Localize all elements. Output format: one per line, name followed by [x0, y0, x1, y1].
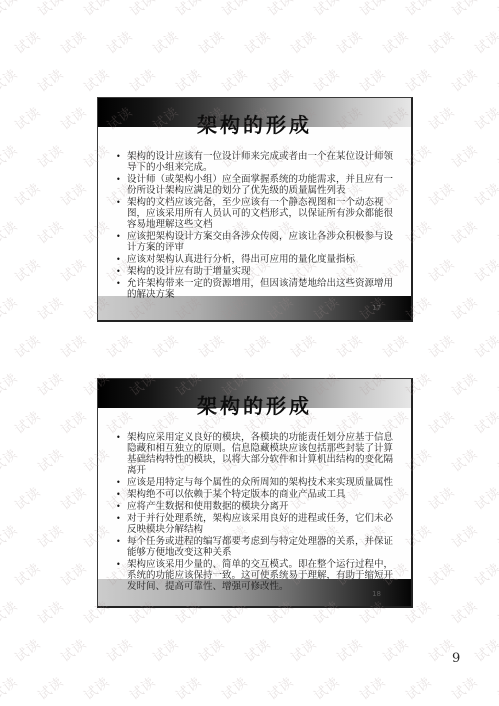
bullet-text: 架构的文档应该完备，至少应该有一个静态视图和一个动态视图，应该采用所有人员认可的…: [127, 197, 399, 230]
slide-title: 架构的形成: [98, 109, 411, 138]
watermark-text: 试读: [447, 671, 481, 703]
watermark-text: 试读: [447, 595, 481, 627]
watermark-text: 试读: [470, 177, 499, 209]
watermark-text: 试读: [263, 0, 297, 20]
bullet-marker-icon: •: [116, 559, 127, 570]
watermark-text: 试读: [332, 25, 366, 57]
watermark-text: 试读: [240, 25, 274, 57]
bullet-item: •架构的设计应该有一位设计师来完成或者由一个在某位设计师领导下的小组来完成。: [116, 151, 399, 173]
watermark-text: 试读: [79, 0, 113, 20]
watermark-text: 试读: [56, 253, 90, 285]
watermark-text: 试读: [102, 25, 136, 57]
watermark-text: 试读: [125, 0, 159, 20]
watermark-text: 试读: [102, 633, 136, 665]
watermark-text: 试读: [332, 633, 366, 665]
bullet-item: •架构的文档应该完备，至少应该有一个静态视图和一个动态视图，应该采用所有人员认可…: [116, 197, 399, 230]
bullet-text: 架构的设计应该有一位设计师来完成或者由一个在某位设计师领导下的小组来完成。: [127, 151, 399, 173]
watermark-text: 试读: [125, 671, 159, 703]
bullet-marker-icon: •: [116, 254, 127, 265]
watermark-text: 试读: [401, 63, 435, 95]
watermark-text: 试读: [493, 671, 499, 703]
watermark-text: 试读: [194, 25, 228, 57]
watermark-text: 试读: [263, 63, 297, 95]
watermark-text: 试读: [493, 291, 499, 323]
watermark-text: 试读: [240, 329, 274, 361]
bullet-text: 应将产生数据和使用数据的模块分离开: [127, 501, 399, 512]
watermark-text: 试读: [56, 481, 90, 513]
watermark-text: 试读: [447, 215, 481, 247]
watermark-text: 试读: [171, 63, 205, 95]
bullet-marker-icon: •: [116, 231, 127, 242]
bullet-text: 应该对架构认真进行分析，得出可应用的量化度量指标: [127, 254, 399, 265]
bullet-marker-icon: •: [116, 501, 127, 512]
bullet-marker-icon: •: [116, 266, 127, 277]
watermark-text: 试读: [447, 139, 481, 171]
watermark-text: 试读: [355, 671, 389, 703]
bullet-marker-icon: •: [116, 513, 127, 524]
watermark-text: 试读: [79, 63, 113, 95]
watermark-text: 试读: [0, 443, 21, 475]
watermark-text: 试读: [378, 25, 412, 57]
bullet-item: •应该把架构设计方案交由各涉众传阅，应该让各涉众积极参与设计方案的评审: [116, 231, 399, 253]
bullet-marker-icon: •: [116, 432, 127, 443]
watermark-text: 试读: [309, 63, 343, 95]
watermark-text: 试读: [493, 0, 499, 20]
bullet-item: •应该是用特定与每个属性的众所周知的架构技术来实现质量属性: [116, 477, 399, 488]
watermark-text: 试读: [424, 481, 458, 513]
watermark-text: 试读: [355, 0, 389, 20]
bullet-text: 架构应采用定义良好的模块，各模块的功能责任划分应基于信息隐藏和相互独立的原则。信…: [127, 432, 399, 476]
watermark-text: 试读: [56, 633, 90, 665]
watermark-text: 试读: [493, 595, 499, 627]
watermark-text: 试读: [447, 63, 481, 95]
watermark-text: 试读: [79, 671, 113, 703]
bullet-item: •架构应该采用少量的、简单的交互模式。即在整个运行过程中，系统的功能应该保持一致…: [116, 559, 399, 592]
watermark-text: 试读: [0, 367, 21, 399]
watermark-text: 试读: [33, 139, 67, 171]
watermark-text: 试读: [424, 405, 458, 437]
slide-number: 18: [372, 590, 381, 598]
watermark-text: 试读: [470, 25, 499, 57]
watermark-text: 试读: [56, 177, 90, 209]
watermark-text: 试读: [148, 25, 182, 57]
watermark-text: 试读: [0, 0, 21, 20]
bullet-text: 架构应该采用少量的、简单的交互模式。即在整个运行过程中，系统的功能应该保持一致。…: [127, 559, 399, 592]
watermark-text: 试读: [10, 329, 44, 361]
bullet-text: 对于并行处理系统，架构应该采用良好的进程或任务，它们未必反映模块分解结构: [127, 513, 399, 535]
watermark-text: 试读: [0, 595, 21, 627]
bullet-text: 架构绝不可以依赖于某个特定版本的商业产品或工具: [127, 489, 399, 500]
bullet-marker-icon: •: [116, 278, 127, 289]
watermark-text: 试读: [378, 633, 412, 665]
bullet-marker-icon: •: [116, 536, 127, 547]
watermark-text: 试读: [56, 405, 90, 437]
bullet-text: 应该把架构设计方案交由各涉众传阅，应该让各涉众积极参与设计方案的评审: [127, 231, 399, 253]
watermark-text: 试读: [470, 557, 499, 589]
watermark-text: 试读: [470, 481, 499, 513]
watermark-text: 试读: [102, 329, 136, 361]
watermark-text: 试读: [493, 215, 499, 247]
bullet-item: •对于并行处理系统，架构应该采用良好的进程或任务，它们未必反映模块分解结构: [116, 513, 399, 535]
watermark-text: 试读: [401, 671, 435, 703]
watermark-text: 试读: [447, 519, 481, 551]
watermark-text: 试读: [470, 101, 499, 133]
slide: 架构的形成 •架构应采用定义良好的模块，各模块的功能责任划分应基于信息隐藏和相互…: [97, 378, 413, 608]
watermark-text: 试读: [217, 63, 251, 95]
watermark-text: 试读: [10, 405, 44, 437]
slide-number: 17: [372, 304, 381, 312]
watermark-text: 试读: [33, 63, 67, 95]
watermark-text: 试读: [10, 633, 44, 665]
bullet-item: •架构应采用定义良好的模块，各模块的功能责任划分应基于信息隐藏和相互独立的原则。…: [116, 432, 399, 476]
bullet-marker-icon: •: [116, 197, 127, 208]
watermark-text: 试读: [33, 367, 67, 399]
watermark-text: 试读: [309, 0, 343, 20]
document-page: { "page": { "number": "9" }, "watermark"…: [0, 0, 499, 706]
watermark-text: 试读: [0, 519, 21, 551]
watermark-text: 试读: [286, 329, 320, 361]
bullet-item: •应将产生数据和使用数据的模块分离开: [116, 501, 399, 512]
bullet-marker-icon: •: [116, 151, 127, 162]
bullet-list: •架构应采用定义良好的模块，各模块的功能责任划分应基于信息隐藏和相互独立的原则。…: [116, 432, 399, 592]
bullet-item: •每个任务或进程的编写都要考虑到与特定处理器的关系，并保证能够方便地改变这种关系: [116, 536, 399, 558]
watermark-text: 试读: [424, 177, 458, 209]
bullet-marker-icon: •: [116, 477, 127, 488]
watermark-text: 试读: [217, 671, 251, 703]
watermark-text: 试读: [470, 329, 499, 361]
bullet-item: •架构绝不可以依赖于某个特定版本的商业产品或工具: [116, 489, 399, 500]
watermark-text: 试读: [148, 633, 182, 665]
watermark-text: 试读: [0, 671, 21, 703]
watermark-text: 试读: [447, 0, 481, 20]
watermark-text: 试读: [194, 329, 228, 361]
watermark-text: 试读: [493, 139, 499, 171]
watermark-text: 试读: [493, 519, 499, 551]
watermark-text: 试读: [286, 25, 320, 57]
bullet-text: 每个任务或进程的编写都要考虑到与特定处理器的关系，并保证能够方便地改变这种关系: [127, 536, 399, 558]
watermark-text: 试读: [470, 633, 499, 665]
bullet-marker-icon: •: [116, 174, 127, 185]
watermark-text: 试读: [33, 291, 67, 323]
watermark-text: 试读: [33, 443, 67, 475]
watermark-text: 试读: [470, 253, 499, 285]
watermark-text: 试读: [0, 63, 21, 95]
watermark-text: 试读: [286, 633, 320, 665]
bullet-text: 架构的设计应有助于增量实现: [127, 266, 399, 277]
watermark-text: 试读: [309, 671, 343, 703]
watermark-text: 试读: [10, 177, 44, 209]
watermark-text: 试读: [424, 101, 458, 133]
watermark-text: 试读: [424, 253, 458, 285]
watermark-text: 试读: [33, 0, 67, 20]
watermark-text: 试读: [447, 367, 481, 399]
watermark-text: 试读: [378, 329, 412, 361]
watermark-text: 试读: [56, 25, 90, 57]
bullet-text: 设计师（或架构小组）应全面掌握系统的功能需求，并且应有一份所设计架构应满足的划分…: [127, 174, 399, 196]
watermark-text: 试读: [171, 671, 205, 703]
watermark-text: 试读: [355, 63, 389, 95]
watermark-text: 试读: [217, 0, 251, 20]
watermark-text: 试读: [10, 253, 44, 285]
watermark-text: 试读: [424, 25, 458, 57]
watermark-text: 试读: [0, 139, 21, 171]
watermark-text: 试读: [10, 25, 44, 57]
watermark-text: 试读: [10, 557, 44, 589]
watermark-text: 试读: [10, 101, 44, 133]
watermark-text: 试读: [493, 63, 499, 95]
watermark-text: 试读: [424, 557, 458, 589]
bullet-list: •架构的设计应该有一位设计师来完成或者由一个在某位设计师领导下的小组来完成。•设…: [116, 151, 399, 300]
watermark-text: 试读: [56, 557, 90, 589]
watermark-text: 试读: [33, 215, 67, 247]
slide-title: 架构的形成: [98, 390, 411, 419]
page-number: 9: [452, 651, 460, 666]
watermark-text: 试读: [125, 63, 159, 95]
bullet-item: •设计师（或架构小组）应全面掌握系统的功能需求，并且应有一份所设计架构应满足的划…: [116, 174, 399, 196]
watermark-text: 试读: [240, 633, 274, 665]
bullet-item: •允许架构带来一定的资源增用，但因该清楚地给出这些资源增用的解决方案: [116, 278, 399, 300]
watermark-text: 试读: [263, 671, 297, 703]
watermark-text: 试读: [447, 443, 481, 475]
watermark-text: 试读: [0, 215, 21, 247]
watermark-text: 试读: [33, 595, 67, 627]
bullet-text: 应该是用特定与每个属性的众所周知的架构技术来实现质量属性: [127, 477, 399, 488]
watermark-text: 试读: [493, 443, 499, 475]
bullet-text: 允许架构带来一定的资源增用，但因该清楚地给出这些资源增用的解决方案: [127, 278, 399, 300]
watermark-text: 试读: [10, 481, 44, 513]
watermark-text: 试读: [424, 329, 458, 361]
watermark-text: 试读: [33, 519, 67, 551]
watermark-text: 试读: [493, 367, 499, 399]
watermark-text: 试读: [56, 329, 90, 361]
watermark-text: 试读: [171, 0, 205, 20]
watermark-text: 试读: [33, 671, 67, 703]
watermark-text: 试读: [332, 329, 366, 361]
watermark-text: 试读: [470, 405, 499, 437]
watermark-text: 试读: [194, 633, 228, 665]
watermark-text: 试读: [447, 291, 481, 323]
watermark-text: 试读: [401, 0, 435, 20]
bullet-item: •架构的设计应有助于增量实现: [116, 266, 399, 277]
slide: 架构的形成 •架构的设计应该有一位设计师来完成或者由一个在某位设计师领导下的小组…: [97, 97, 413, 322]
bullet-item: •应该对架构认真进行分析，得出可应用的量化度量指标: [116, 254, 399, 265]
bullet-marker-icon: •: [116, 489, 127, 500]
watermark-text: 试读: [148, 329, 182, 361]
watermark-text: 试读: [56, 101, 90, 133]
watermark-text: 试读: [0, 291, 21, 323]
